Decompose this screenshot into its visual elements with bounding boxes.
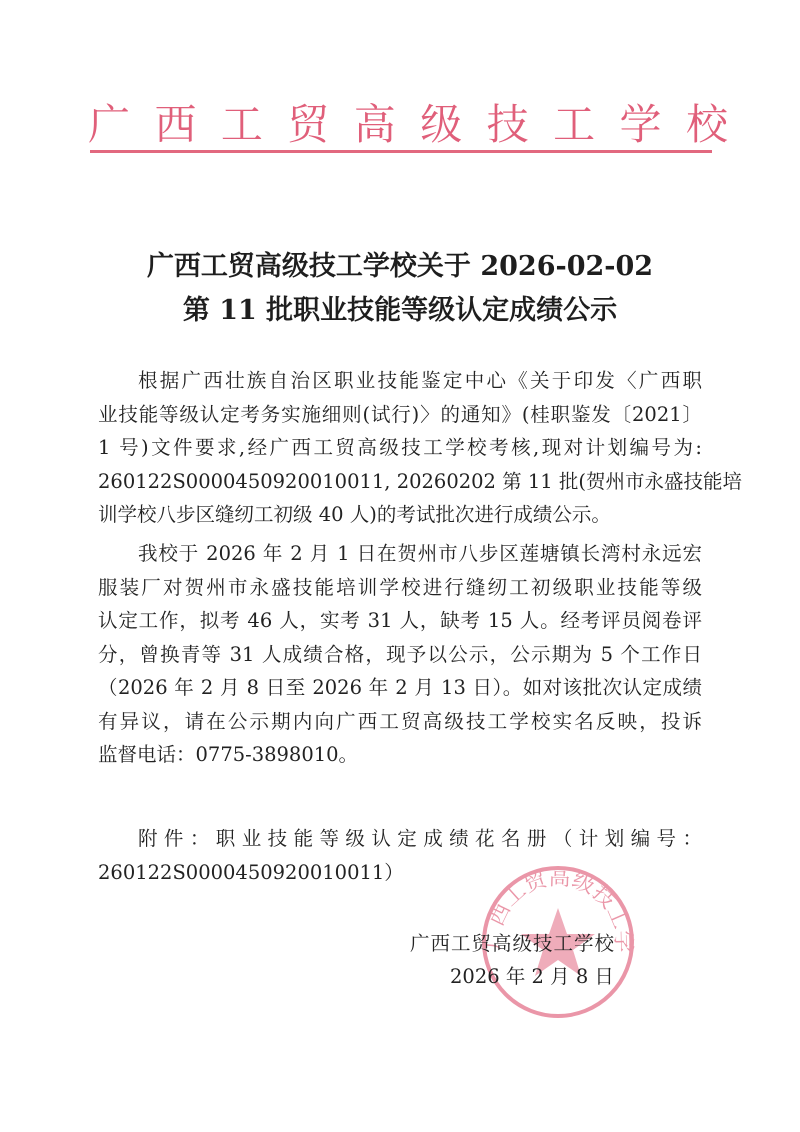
text-line: 训学校八步区缝纫工初级 40 人)的考试批次进行成绩公示。: [98, 498, 702, 532]
letterhead-char: 贸: [287, 92, 329, 152]
text-line: 服装厂对贺州市永盛技能培训学校进行缝纫工初级职业技能等级: [98, 571, 702, 605]
text-line: 我校于 2026 年 2 月 1 日在贺州市八步区莲塘镇长湾村永远宏: [98, 537, 702, 571]
signature-organization: 广西工贸高级技工学校: [410, 928, 630, 956]
text-line: 有异议，请在公示期内向广西工贸高级技工学校实名反映，投诉: [98, 705, 702, 739]
letterhead-char: 广: [88, 92, 130, 152]
letterhead-char: 级: [420, 92, 462, 152]
letterhead-char: 高: [354, 92, 396, 152]
letterhead-title: 广 西 工 贸 高 级 技 工 学 校: [88, 92, 728, 152]
letterhead-char: 西: [154, 92, 196, 152]
text-line: 260122S0000450920010011, 20260202 第 11 批…: [98, 465, 702, 499]
text-line: 附件：职业技能等级认定成绩花名册（计划编号：: [98, 822, 702, 856]
text-line: 根据广西壮族自治区职业技能鉴定中心《关于印发〈广西职: [98, 364, 702, 398]
letterhead-char: 技: [487, 92, 529, 152]
document-title-line-1: 广西工贸高级技工学校关于 2026-02-02: [0, 244, 800, 283]
signature-date: 2026 年 2 月 8 日: [450, 961, 650, 989]
text-line: 监督电话：0775-3898010。: [98, 738, 702, 772]
document-title-line-2: 第 11 批职业技能等级认定成绩公示: [0, 288, 800, 327]
paragraph-details: 我校于 2026 年 2 月 1 日在贺州市八步区莲塘镇长湾村永远宏 服装厂对贺…: [98, 537, 702, 772]
text-line: （2026 年 2 月 8 日至 2026 年 2 月 13 日）。如对该批次认…: [98, 671, 702, 705]
letterhead-char: 工: [553, 92, 595, 152]
letterhead-char: 校: [686, 92, 728, 152]
text-line: 业技能等级认定考务实施细则(试行)〉的通知》(桂职鉴发〔2021〕: [98, 398, 702, 432]
text-line: 认定工作，拟考 46 人，实考 31 人，缺考 15 人。经考评员阅卷评: [98, 604, 702, 638]
text-line: 1 号)文件要求,经广西工贸高级技工学校考核,现对计划编号为:: [98, 431, 702, 465]
letterhead-divider: [90, 150, 712, 153]
text-line: 分，曾换青等 31 人成绩合格，现予以公示，公示期为 5 个工作日: [98, 638, 702, 672]
letterhead-char: 学: [620, 92, 662, 152]
paragraph-basis: 根据广西壮族自治区职业技能鉴定中心《关于印发〈广西职 业技能等级认定考务实施细则…: [98, 364, 702, 532]
letterhead-char: 工: [221, 92, 263, 152]
